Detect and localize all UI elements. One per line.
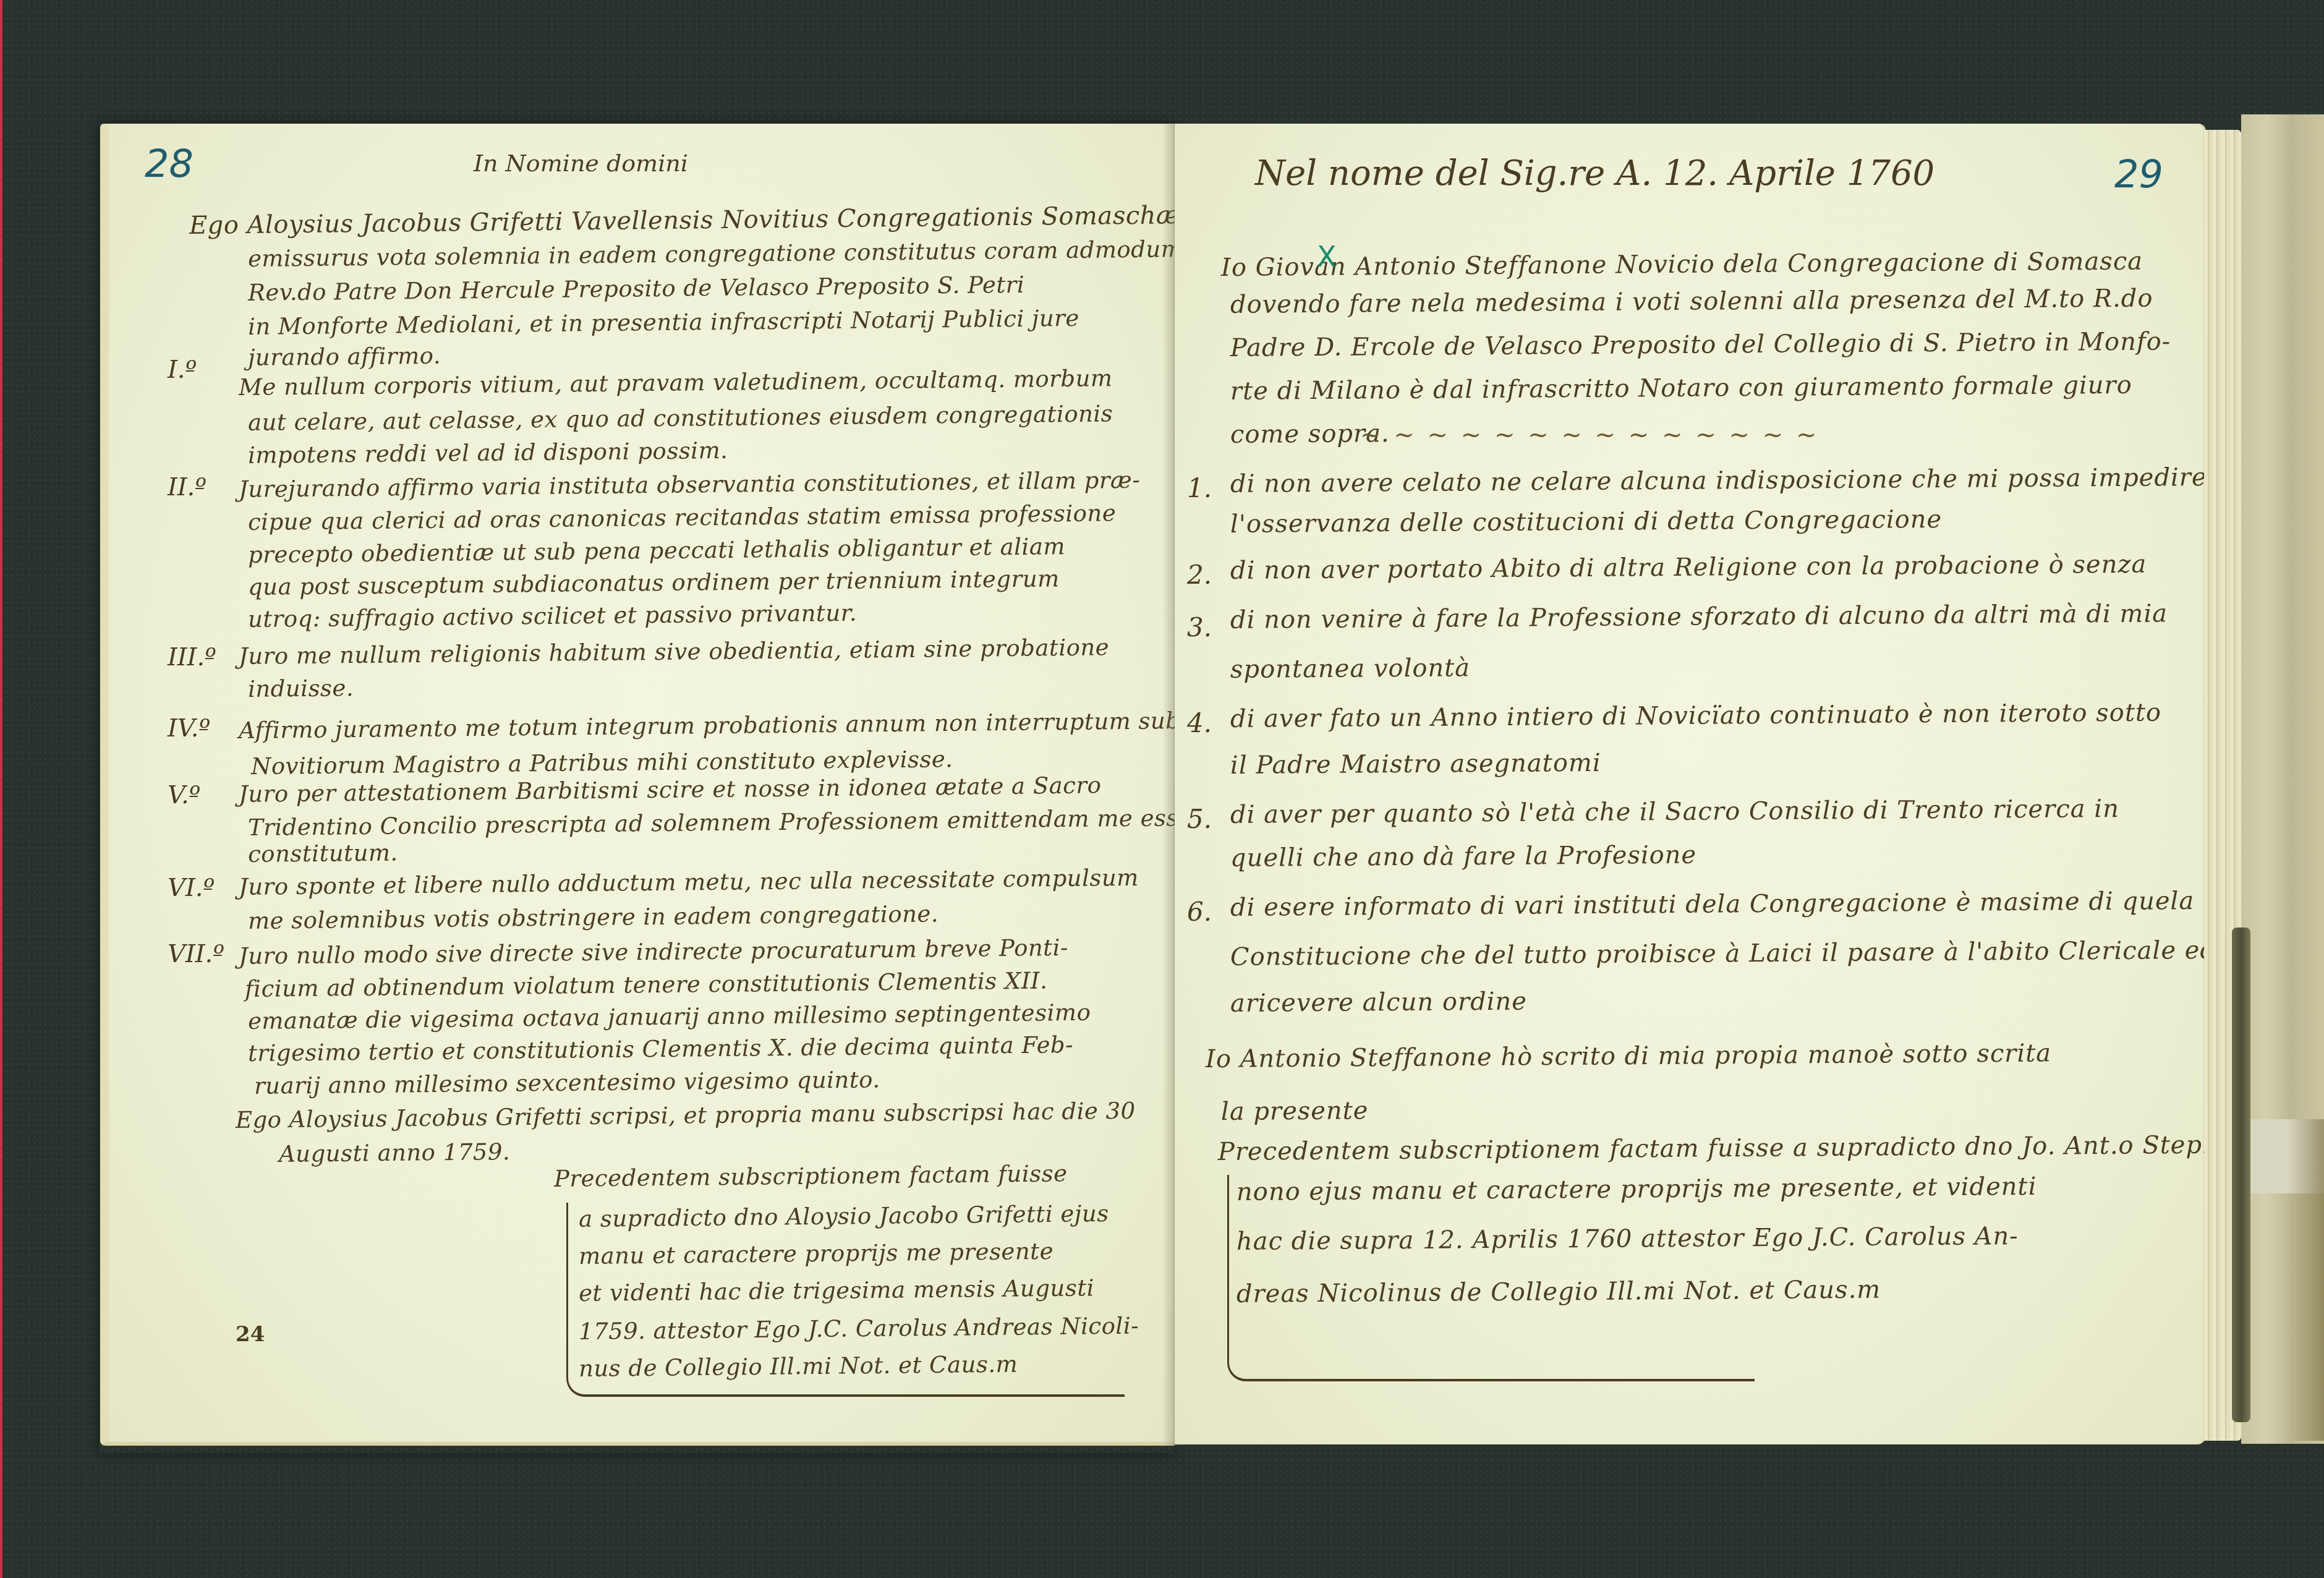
signature-line: Ego Aloysius Jacobus Grifetti scripsi, e… [236,1098,1136,1133]
left-page: 28 In Nomine domini Ego Aloysius Jacobus… [100,124,1175,1446]
article-line: Jurejurando affirmo varia instituta obse… [239,467,1141,503]
article-number: VI.º [168,874,215,902]
notary-line: Precedentem subscriptionem factam fuisse [554,1160,1068,1192]
article-line: emanatæ die vigesima octava januarij ann… [248,999,1091,1034]
intro-line: Rev.do Patre Don Hercule Preposito de Ve… [248,271,1025,306]
page-number: 29 [2114,151,2163,197]
article-line: ruarij anno millesimo sexcentesimo viges… [254,1066,880,1099]
article-line: di esere informato di vari instituti del… [1230,887,2195,922]
article-line: di non avere celato ne celare alcuna ind… [1230,463,2207,498]
article-line: utroq: suffragio activo scilicet et pass… [248,600,857,633]
article-number: 4. [1187,708,1212,738]
article-line: precepto obedientiæ ut sub pena peccati … [248,533,1065,568]
line-filler: ~ ~ ~ ~ ~ ~ ~ ~ ~ ~ ~ ~ ~ ~ [1360,420,1820,449]
notary-line: manu et caractere proprijs me presente [579,1238,1053,1269]
intro-line: Io Giovan Antonio Steffanone Novicio del… [1221,247,2143,282]
article-number: 3. [1187,612,1212,642]
intro-line: dovendo fare nela medesima i voti solenn… [1230,284,2153,319]
article-line: Juro sponte et libere nullo adductum met… [239,864,1139,900]
notary-line: dreas Nicolinus de Collegio Ill.mi Not. … [1236,1276,1881,1308]
notary-line: a supradicto dno Aloysio Jacobo Grifetti… [579,1200,1109,1232]
article-line: di aver fato un Anno intiero di Novicïat… [1230,698,2161,733]
intro-line: jurando affirmo. [248,343,441,371]
article-line: di aver per quanto sò l'età che il Sacro… [1230,795,2119,829]
intro-line: in Monforte Mediolani, et in presentia i… [248,305,1079,340]
article-line: induisse. [248,675,354,702]
article-line: trigesimo tertio et constitutionis Cleme… [248,1031,1074,1067]
article-number: 6. [1187,897,1212,927]
article-line: aricevere alcun ordine [1230,987,1527,1018]
notary-line: Precedentem subscriptionem factam fuisse… [1218,1130,2243,1166]
article-line: quelli che ano dà fare la Profesione [1230,841,1697,872]
article-line: l'osservanza delle costitucioni di detta… [1230,505,1942,539]
article-line: Me nullum corporis vitium, aut pravam va… [239,365,1113,401]
article-number: VII.º [168,940,224,968]
page-number: 28 [145,141,194,186]
article-line: Constitucione che del tutto proibisce à … [1230,936,2216,971]
signature-line: la presente [1221,1096,1369,1126]
article-number: I.º [168,356,197,384]
board-edge [0,0,2,1578]
signature-line: Augusti anno 1759. [279,1138,511,1167]
article-line: il Padre Maistro asegnatomi [1230,749,1601,780]
article-line: Juro me nullum religionis habitum sive o… [239,634,1110,670]
article-line: Juro nullo modo sive directe sive indire… [239,934,1068,970]
binding-crease [2232,928,2250,1422]
binding-stain [2288,1119,2324,1441]
intro-line: rte di Milano è dal infrascritto Notaro … [1230,371,2132,406]
article-line: Tridentino Concilio prescripta ad solemn… [248,804,1193,841]
article-line: qua post susceptum subdiaconatus ordinem… [248,565,1060,600]
notary-line: et videnti hac die trigesima mensis Augu… [579,1274,1094,1307]
article-line: constitutum. [248,839,398,868]
page-heading: In Nomine domini [474,150,688,177]
article-number: II.º [168,473,206,501]
article-line: me solemnibus votis obstringere in eadem… [248,900,939,934]
article-line: spontanea volontà [1230,654,1470,684]
article-line: ficium ad obtinendum violatum tenere con… [245,967,1048,1002]
article-line: impotens reddi vel ad id disponi possim. [248,437,728,469]
right-page: 29 Nel nome del Sig.re A. 12. Aprile 176… [1175,124,2206,1444]
article-number: 1. [1187,473,1212,503]
notary-line: nono ejus manu et caractere proprijs me … [1236,1172,2037,1206]
intro-line: Padre D. Ercole de Velasco Preposito del… [1230,327,2171,362]
notary-line: nus de Collegio Ill.mi Not. et Caus.m [579,1351,1018,1382]
page-heading: Nel nome del Sig.re A. 12. Aprile 1760 [1255,153,1935,194]
article-number: III.º [168,643,216,672]
bottom-folio-mark: 24 [236,1322,265,1347]
article-number: 5. [1187,804,1212,834]
signature-line: Io Antonio Steffanone hò scrito di mia p… [1206,1039,2051,1073]
margin-x-mark: X [1317,240,1337,273]
article-line: aut celare, aut celasse, ex quo ad const… [248,400,1113,436]
article-line: di non aver portato Abito di altra Relig… [1230,550,2147,585]
intro-line: emissurus vota solemnia in eadem congreg… [248,236,1183,272]
article-line: Affirmo juramento me totum integrum prob… [239,707,1181,744]
article-line: cipue qua clerici ad oras canonicas reci… [248,500,1117,535]
article-number: IV.º [168,714,210,743]
article-number: V.º [168,781,200,809]
notary-line: hac die supra 12. Aprilis 1760 attestor … [1236,1222,2019,1256]
article-number: 2. [1187,560,1212,590]
article-line: di non venire à fare la Professione sfor… [1230,599,2168,634]
intro-line: Ego Aloysius Jacobus Grifetti Vavellensi… [189,201,1180,240]
